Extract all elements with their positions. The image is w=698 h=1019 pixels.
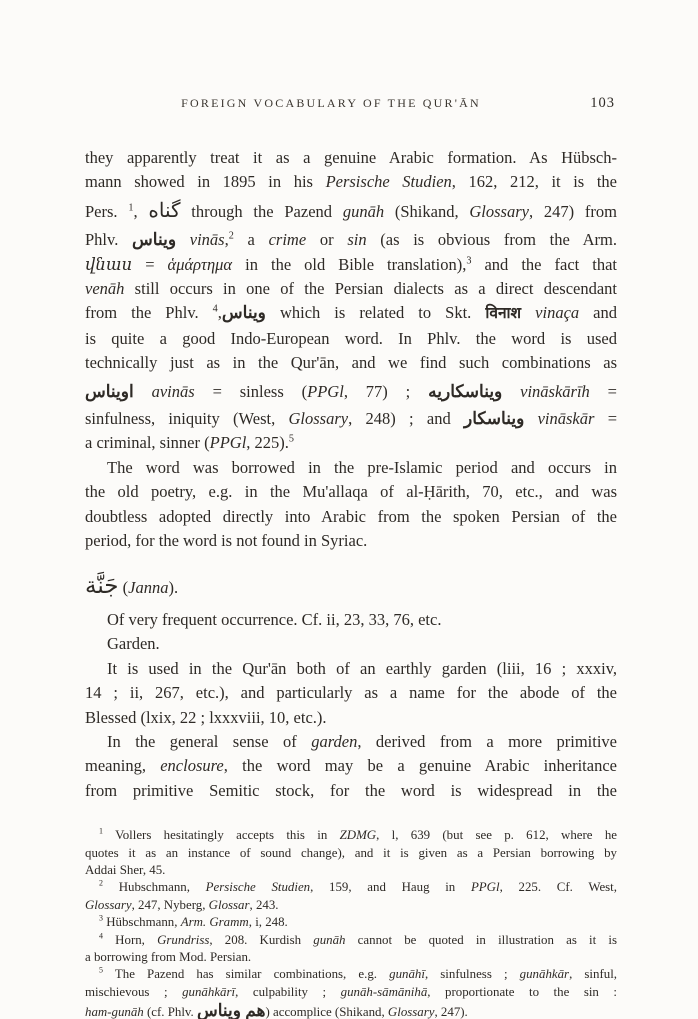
text-line: It is used in the Qur'ān both of an eart…: [85, 657, 617, 681]
text-run: , proportionate to the sin :: [427, 985, 617, 999]
text-line: quotes it as an instance of sound change…: [85, 845, 617, 862]
text-line: Garden.: [85, 632, 617, 656]
italic-text: Glossary: [85, 898, 132, 912]
text-run: a borrowing from Mod. Persian.: [85, 950, 251, 964]
text-run: 14 ; ii, 267, etc.), and particularly as…: [85, 683, 617, 702]
footnote-marker: 5: [289, 434, 294, 445]
text-run: through the Pazend: [181, 202, 343, 221]
italic-text: ham-gunāh: [85, 1005, 144, 1019]
text-run: , i, 248.: [249, 915, 288, 929]
text-line: 5 The Pazend has similar combinations, e…: [85, 966, 617, 983]
text-run: [502, 382, 520, 401]
text-run: =: [590, 382, 617, 401]
text-run: , 248) ; and: [348, 409, 464, 428]
italic-text: Glossar: [209, 898, 250, 912]
text-run: , the word may be a genuine Arabic inher…: [224, 756, 617, 775]
text-run: , sinfulness ;: [425, 967, 520, 981]
text-run: , 208. Kurdish: [209, 933, 313, 947]
italic-text: Persische Studien: [326, 172, 452, 191]
text-line: ham-gunāh (cf. Phlv. هم ویناس) accomplic…: [85, 1004, 617, 1019]
text-line: Glossary, 247, Nyberg, Glossar, 243.: [85, 897, 617, 914]
text-line: period, for the word is not found in Syr…: [85, 529, 617, 553]
page-number: 103: [590, 95, 615, 112]
text-run: (: [119, 578, 129, 597]
text-run: a: [234, 230, 269, 249]
italic-text: gunāhī: [389, 967, 425, 981]
text-line: 4 Horn, Grundriss, 208. Kurdish gunāh ca…: [85, 932, 617, 949]
body-text: they apparently treat it as a genuine Ar…: [85, 146, 617, 803]
text-run: cannot be quoted in illustration as it i…: [346, 933, 617, 947]
text-run: Hubschmann,: [103, 880, 206, 894]
text-run: doubtless adopted directly into Arabic f…: [85, 507, 617, 526]
italic-text: sin: [347, 230, 366, 249]
text-line: is quite a good Indo-European word. In P…: [85, 327, 617, 351]
text-run: Horn,: [103, 933, 157, 947]
text-run: [521, 303, 535, 322]
italic-text: Arm. Gramm: [181, 915, 249, 929]
text-run: Hübschmann,: [103, 915, 181, 929]
book-page-scan: FOREIGN VOCABULARY OF THE QUR'ĀN 103 the…: [0, 0, 698, 1019]
text-run: In the general sense of: [107, 732, 311, 751]
italic-text: gunāh: [343, 202, 384, 221]
italic-text: vināskār: [538, 409, 595, 428]
italic-text: gunāh: [313, 933, 345, 947]
text-run: , 243.: [250, 898, 279, 912]
text-line: meaning, enclosure, the word may be a ge…: [85, 754, 617, 778]
text-column: FOREIGN VOCABULARY OF THE QUR'ĀN 103 the…: [85, 96, 617, 1019]
text-run: is quite a good Indo-European word. In P…: [85, 329, 617, 348]
text-run: mischievous ;: [85, 985, 182, 999]
text-line: 1 Vollers hesitatingly accepts this in Z…: [85, 827, 617, 844]
text-run: ) accomplice (Shikand,: [266, 1005, 388, 1019]
text-line: sinfulness, iniquity (West, Glossary, 24…: [85, 407, 617, 431]
text-line: technically just as in the Qur'ān, and w…: [85, 351, 617, 375]
italic-text: Grundriss: [157, 933, 209, 947]
text-run: [524, 409, 537, 428]
text-run: [176, 230, 190, 249]
italic-text: ZDMG: [340, 828, 377, 842]
footnotes: 1 Vollers hesitatingly accepts this in Z…: [85, 827, 617, 1019]
text-run: which is related to Skt.: [266, 303, 485, 322]
text-line: a criminal, sinner (PPGl, 225).5: [85, 431, 617, 455]
text-run: ,: [133, 202, 148, 221]
text-run: Pers.: [85, 202, 128, 221]
text-run: , sinful,: [569, 967, 617, 981]
text-run: , l, 639 (but see p. 612, where he: [376, 828, 617, 842]
text-run: Garden.: [107, 634, 160, 653]
text-line: Pers. گناه ,1 through the Pazend gunāh (…: [85, 200, 617, 224]
greek-word-hamartema: ἁμάρτημα: [168, 255, 233, 274]
text-run: sinfulness, iniquity (West,: [85, 409, 289, 428]
text-run: , culpability ;: [235, 985, 341, 999]
italic-text: venāh: [85, 279, 124, 298]
text-run: It is used in the Qur'ān both of an eart…: [107, 659, 617, 678]
armenian-word-vnas: վնաս: [85, 255, 132, 274]
text-run: from the Phlv.: [85, 303, 213, 322]
text-run: = sinless (: [195, 382, 307, 401]
text-run: the old poetry, e.g. in the Mu'allaqa of…: [85, 482, 617, 501]
text-run: period, for the word is not found in Syr…: [85, 531, 367, 550]
text-line: Phlv. ویناس vinās,2 a crime or sin (as i…: [85, 228, 617, 252]
pahlavi-script-vinaskarih: ویناسکاریه: [428, 382, 502, 401]
text-run: Blessed (lxix, 22 ; lxxxviii, 10, etc.).: [85, 708, 327, 727]
running-title: FOREIGN VOCABULARY OF THE QUR'ĀN: [85, 96, 617, 111]
text-run: meaning,: [85, 756, 160, 775]
text-line: վնաս = ἁμάρτημα in the old Bible transla…: [85, 253, 617, 277]
text-run: mann showed in 1895 in his: [85, 172, 326, 191]
pahlavi-script-avinas: اویناس: [85, 382, 134, 401]
text-run: a criminal, sinner (: [85, 433, 210, 452]
text-line: a borrowing from Mod. Persian.: [85, 949, 617, 966]
italic-text: garden: [311, 732, 357, 751]
text-run: , derived from a more primitive: [357, 732, 617, 751]
text-run: , 247).: [434, 1005, 467, 1019]
text-run: =: [132, 255, 167, 274]
text-line: 3 Hübschmann, Arm. Gramm, i, 248.: [85, 914, 617, 931]
text-line: 2 Hubschmann, Persische Studien, 159, an…: [85, 879, 617, 896]
text-line: Of very frequent occurrence. Cf. ii, 23,…: [85, 608, 617, 632]
text-run: , 77) ;: [344, 382, 428, 401]
text-line: Blessed (lxix, 22 ; lxxxviii, 10, etc.).: [85, 706, 617, 730]
text-run: , 247, Nyberg,: [132, 898, 209, 912]
pahlavi-script-ham-gunah: هم ویناس: [197, 1001, 266, 1019]
text-line: they apparently treat it as a genuine Ar…: [85, 146, 617, 170]
italic-text: gunāh-sāmānihā: [341, 985, 428, 999]
text-run: The word was borrowed in the pre-Islamic…: [107, 458, 617, 477]
italic-text: vinaça: [535, 303, 579, 322]
text-line: from primitive Semitic stock, for the wo…: [85, 779, 617, 803]
text-run: , 225).: [246, 433, 289, 452]
text-run: , 159, and Haug in: [310, 880, 471, 894]
text-run: , 247) from: [529, 202, 617, 221]
text-run: (Shikand,: [384, 202, 469, 221]
italic-text: enclosure: [160, 756, 224, 775]
text-line: mischievous ; gunāhkārī, culpability ; g…: [85, 984, 617, 1001]
text-run: Phlv.: [85, 230, 132, 249]
italic-text: vinās: [190, 230, 225, 249]
text-run: still occurs in one of the Persian diale…: [124, 279, 617, 298]
text-run: or: [306, 230, 347, 249]
arabic-headword-janna: جَنَّة: [85, 573, 119, 598]
italic-text: PPGl: [307, 382, 344, 401]
text-line: The word was borrowed in the pre-Islamic…: [85, 456, 617, 480]
italic-text: Persische Studien: [206, 880, 310, 894]
text-run: Of very frequent occurrence. Cf. ii, 23,…: [107, 610, 441, 629]
italic-text: vināskārīh: [520, 382, 590, 401]
text-line: 14 ; ii, 267, etc.), and particularly as…: [85, 681, 617, 705]
arabic-word-gunah: گناه: [148, 200, 180, 222]
text-run: (as is obvious from the Arm.: [367, 230, 617, 249]
italic-text: Glossary: [289, 409, 349, 428]
devanagari-word-vinasha: विनाश: [485, 305, 521, 322]
italic-text: PPGl: [210, 433, 247, 452]
pahlavi-script-vinas: ویناس: [222, 303, 266, 322]
italic-text: Glossary: [469, 202, 529, 221]
pahlavi-script-vinaskar: ویناسکار: [464, 409, 524, 428]
text-run: ).: [168, 578, 178, 597]
text-run: technically just as in the Qur'ān, and w…: [85, 353, 617, 372]
text-run: and the fact that: [471, 255, 617, 274]
entry-headword-janna: جَنَّة (Janna).: [85, 576, 617, 600]
text-line: اویناس avinās = sinless (PPGl, 77) ; وین…: [85, 380, 617, 404]
text-run: Vollers hesitatingly accepts this in: [103, 828, 340, 842]
italic-text: avinās: [152, 382, 195, 401]
text-line: Addai Sher, 45.: [85, 862, 617, 879]
text-run: in the old Bible translation),: [232, 255, 466, 274]
italic-text: Janna: [128, 578, 168, 597]
text-run: , 162, 212, it is the: [452, 172, 617, 191]
italic-text: gunāhkār: [520, 967, 569, 981]
running-header: FOREIGN VOCABULARY OF THE QUR'ĀN 103: [85, 96, 617, 114]
italic-text: gunāhkārī: [182, 985, 235, 999]
text-run: they apparently treat it as a genuine Ar…: [85, 148, 617, 167]
text-line: from the Phlv. ویناس,4 which is related …: [85, 301, 617, 326]
text-run: =: [594, 409, 617, 428]
italic-text: PPGl: [471, 880, 500, 894]
text-line: venāh still occurs in one of the Persian…: [85, 277, 617, 301]
italic-text: crime: [269, 230, 307, 249]
text-line: In the general sense of garden, derived …: [85, 730, 617, 754]
text-run: Addai Sher, 45.: [85, 863, 165, 877]
text-run: [134, 382, 152, 401]
text-run: quotes it as an instance of sound change…: [85, 846, 617, 860]
text-run: The Pazend has similar combinations, e.g…: [103, 967, 389, 981]
text-line: mann showed in 1895 in his Persische Stu…: [85, 170, 617, 194]
text-line: the old poetry, e.g. in the Mu'allaqa of…: [85, 480, 617, 504]
text-line: doubtless adopted directly into Arabic f…: [85, 505, 617, 529]
italic-text: Glossary: [388, 1005, 435, 1019]
text-run: , 225. Cf. West,: [500, 880, 617, 894]
text-run: from primitive Semitic stock, for the wo…: [85, 781, 617, 800]
pahlavi-script-vinas: ویناس: [132, 230, 176, 249]
text-run: (cf. Phlv.: [144, 1005, 197, 1019]
text-run: and: [579, 303, 617, 322]
